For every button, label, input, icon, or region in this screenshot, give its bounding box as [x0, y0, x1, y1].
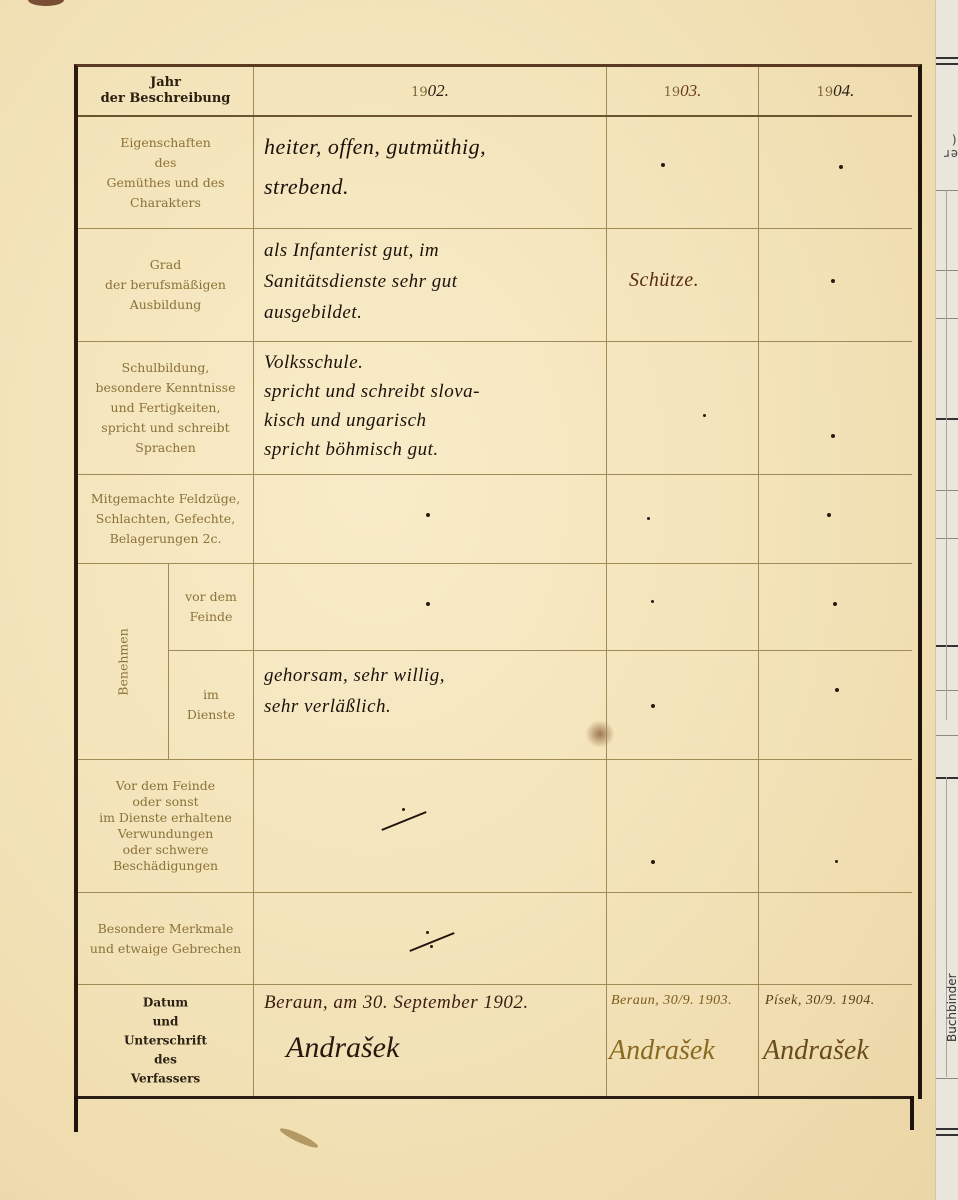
table-row-conduct: Benehmen vor dem Feinde im Dienste gehor… [78, 564, 912, 760]
signature-1903: Andrašek [609, 1035, 715, 1067]
table-row-character: Eigenschaften des Gemüthes und des Chara… [78, 117, 912, 229]
table-row-features: Besondere Merkmale und etwaige Gebrechen [78, 893, 912, 985]
no-entry-mark [409, 932, 454, 952]
table-bottom-rule [78, 1096, 912, 1099]
side-page-fragment: er ( [938, 133, 958, 161]
sub-row-label-enemy: vor dem Feinde [168, 587, 254, 627]
row-label: Besondere Merkmale und etwaige Gebrechen [78, 919, 253, 959]
row-label: Datum und Unterschrift des Verfassers [78, 993, 253, 1088]
table-row-signature: Datum und Unterschrift des Verfassers Be… [78, 985, 912, 1096]
no-entry-mark [381, 811, 426, 831]
place-date-1902: Beraun, am 30. September 1902. [264, 987, 598, 1018]
signature-1904: Andrašek [763, 1035, 869, 1067]
header-year-label: Jahr der Beschreibung [78, 75, 253, 107]
year-1904: 1904. [759, 81, 912, 101]
table-row-injuries: Vor dem Feinde oder sonst im Dienste erh… [78, 760, 912, 893]
table-row-training: Grad der berufsmäßigen Ausbildung als In… [78, 229, 912, 342]
row-label: Eigenschaften des Gemüthes und des Chara… [78, 133, 253, 213]
row-label: Schulbildung, besondere Kenntnisse und F… [78, 358, 253, 458]
row-label: Mitgemachte Feldzüge, Schlachten, Gefech… [78, 489, 253, 549]
header-row: Jahr der Beschreibung 1902. 1903. 1904. [78, 67, 912, 117]
entry-1902: als Infanterist gut, im Sanitätsdienste … [264, 235, 598, 328]
side-page-bookbinder-label: Buchbinder [945, 982, 958, 1042]
table-row-campaigns: Mitgemachte Feldzüge, Schlachten, Gefech… [78, 475, 912, 564]
row-label: Grad der berufsmäßigen Ausbildung [78, 255, 253, 315]
year-1902: 1902. [254, 81, 606, 101]
conduct-label: Benehmen [116, 628, 131, 695]
place-date-1904: Písek, 30/9. 1904. [765, 985, 904, 1016]
signature-1902: Andrašek [286, 1031, 399, 1065]
entry-1903: Schütze. [629, 265, 750, 296]
row-label: Vor dem Feinde oder sonst im Dienste erh… [78, 778, 253, 874]
entry-1902-service: gehorsam, sehr willig, sehr verläßlich. [264, 660, 598, 722]
year-1903: 1903. [607, 81, 758, 101]
entry-1902: Volksschule. spricht und schreibt slova-… [264, 348, 598, 464]
table-row-education: Schulbildung, besondere Kenntnisse und F… [78, 342, 912, 475]
place-date-1903: Beraun, 30/9. 1903. [611, 985, 750, 1016]
sub-row-label-service: im Dienste [168, 685, 254, 725]
entry-1902: heiter, offen, gutmüthig, strebend. [264, 127, 598, 207]
